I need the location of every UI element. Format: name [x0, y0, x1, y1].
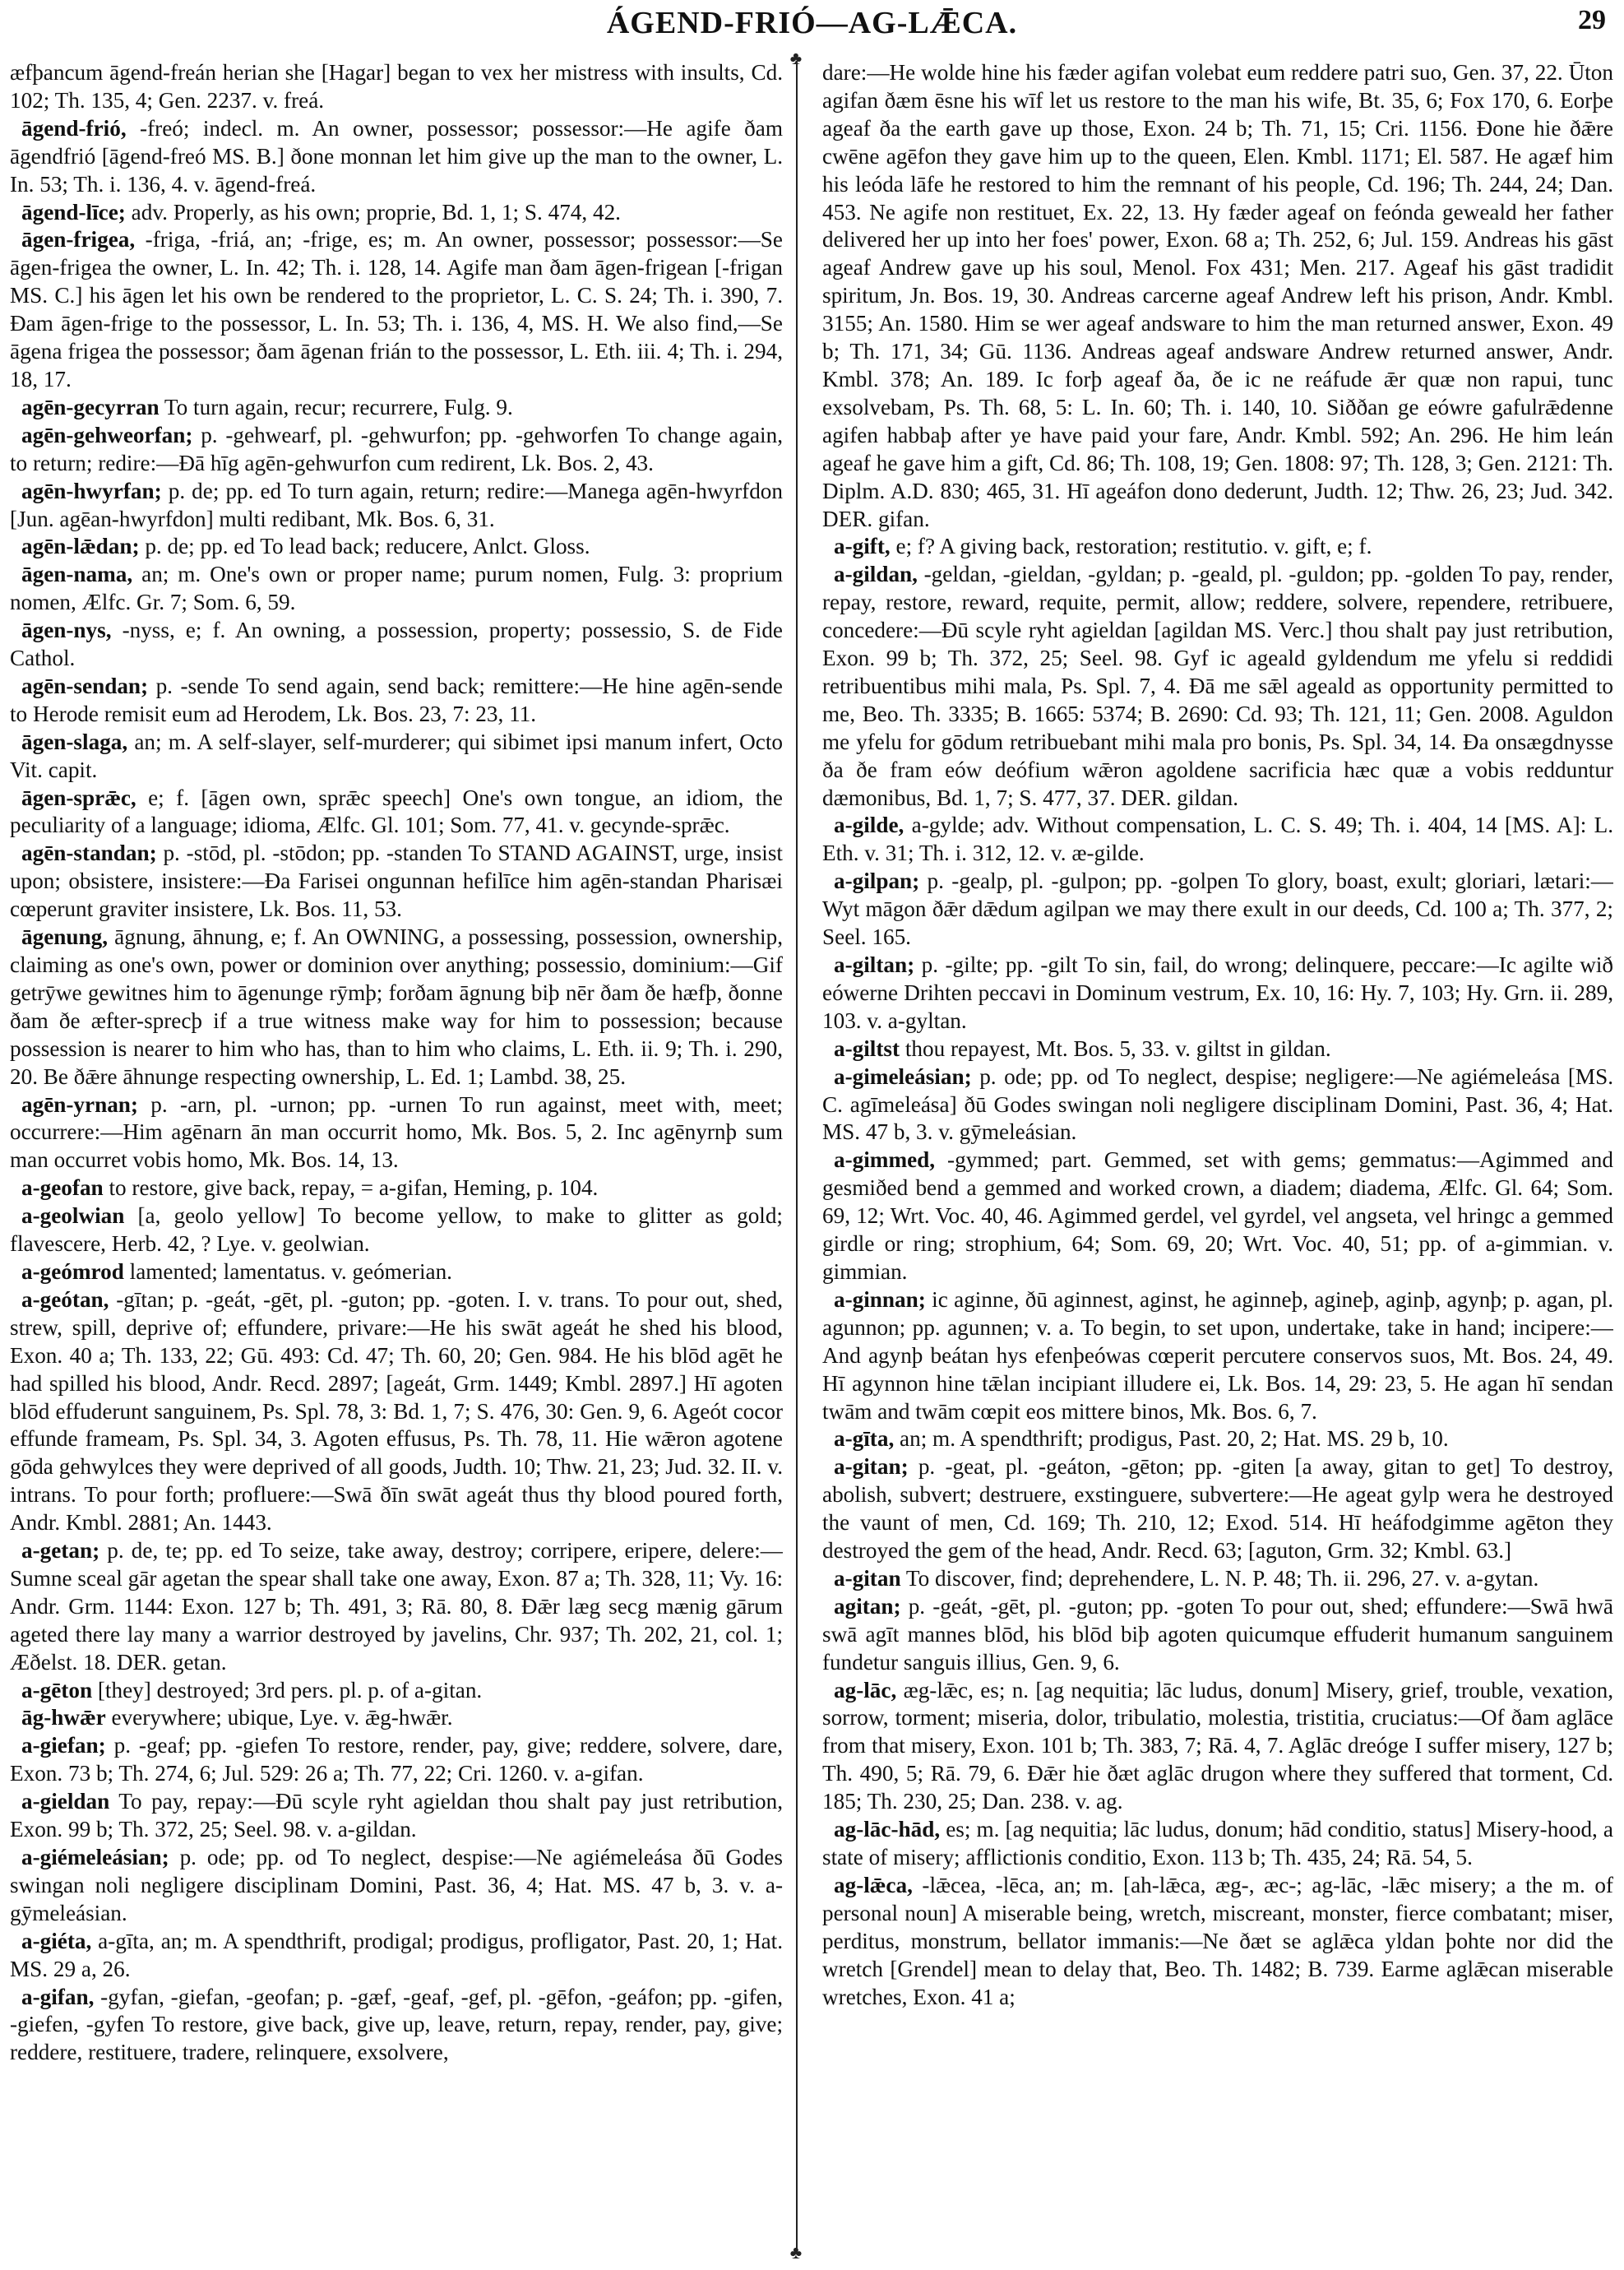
entry-definition: p. -geát, -gēt, pl. -guton; pp. -goten T…	[822, 1594, 1613, 1675]
left-column: æfþancum āgend-freán herian she [Hagar] …	[10, 59, 783, 2251]
entry-headword: āgend-frió,	[21, 116, 127, 141]
entry-definition: to restore, give back, repay, = a-gifan,…	[104, 1175, 599, 1200]
dictionary-entry: a-gilpan; p. -gealp, pl. -gulpon; pp. -g…	[822, 868, 1613, 952]
dictionary-entry: agēn-standan; p. -stōd, pl. -stōdon; pp.…	[10, 840, 783, 924]
entry-headword: agēn-gehweorfan;	[21, 423, 192, 447]
entry-definition: ic aginne, ðū aginnest, aginst, he aginn…	[822, 1287, 1613, 1424]
entry-definition: p. -gealp, pl. -gulpon; pp. -golpen To g…	[822, 869, 1613, 949]
dictionary-entry: a-giémeleásian; p. ode; pp. od To neglec…	[10, 1844, 783, 1928]
entry-headword: agēn-standan;	[21, 841, 157, 865]
ornament-bottom-icon: ♣	[787, 2244, 805, 2262]
entry-definition: e; f? A giving back, restoration; restit…	[891, 534, 1372, 558]
entry-headword: a-ginnan;	[834, 1287, 926, 1312]
dictionary-entry: dare:—He wolde hine his fæder agifan vol…	[822, 59, 1613, 533]
dictionary-entry: a-gift, e; f? A giving back, restoration…	[822, 533, 1613, 561]
entry-headword: a-giéta,	[21, 1929, 91, 1953]
entry-definition: thou repayest, Mt. Bos. 5, 33. v. giltst…	[900, 1036, 1331, 1061]
dictionary-entry: āg-hwǣr everywhere; ubique, Lye. v. ǣg-h…	[10, 1704, 783, 1732]
entry-definition: an; m. A spendthrift; prodigus, Past. 20…	[894, 1426, 1448, 1451]
entry-headword: agēn-lǣdan;	[21, 534, 140, 558]
dictionary-entry: a-gitan To discover, find; deprehendere,…	[822, 1565, 1613, 1593]
entry-headword: agēn-gecyrran	[21, 395, 160, 419]
dictionary-entry: agēn-hwyrfan; p. de; pp. ed To turn agai…	[10, 478, 783, 534]
entry-headword: a-gitan	[834, 1566, 901, 1591]
right-column: dare:—He wolde hine his fæder agifan vol…	[822, 59, 1613, 2251]
dictionary-entry: agēn-lǣdan; p. de; pp. ed To lead back; …	[10, 533, 783, 561]
entry-definition: -gītan; p. -geát, -gēt, pl. -guton; pp. …	[10, 1287, 783, 1535]
dictionary-entry: agitan; p. -geát, -gēt, pl. -guton; pp. …	[822, 1593, 1613, 1677]
entry-headword: ag-lāc-hād,	[834, 1817, 940, 1841]
entry-definition: everywhere; ubique, Lye. v. ǣg-hwǣr.	[106, 1705, 453, 1730]
entry-headword: āg-hwǣr	[21, 1705, 106, 1730]
dictionary-entry: a-getan; p. de, te; pp. ed To seize, tak…	[10, 1537, 783, 1677]
entry-headword: a-gift,	[834, 534, 891, 558]
dictionary-entry: a-gieldan To pay, repay:—Ðū scyle ryht a…	[10, 1788, 783, 1844]
entry-headword: āgenung,	[21, 924, 108, 949]
dictionary-entry: a-geótan, -gītan; p. -geát, -gēt, pl. -g…	[10, 1286, 783, 1537]
dictionary-entry: æfþancum āgend-freán herian she [Hagar] …	[10, 59, 783, 115]
dictionary-entry: a-giefan; p. -geaf; pp. -giefen To resto…	[10, 1732, 783, 1788]
entry-definition: a-gylde; adv. Without compensation, L. C…	[822, 813, 1613, 865]
entry-headword: agēn-sendan;	[21, 674, 148, 698]
entry-definition: p. -geaf; pp. -giefen To restore, render…	[10, 1733, 783, 1786]
page-header: ÁGEND-FRIÓ—AG-LǢCA. 29	[0, 0, 1624, 39]
column-divider	[796, 61, 798, 2249]
entry-headword: a-geótan,	[21, 1287, 109, 1312]
entry-definition: p. -gilte; pp. -gilt To sin, fail, do wr…	[822, 952, 1613, 1033]
dictionary-entry: a-geolwian [a, geolo yellow] To become y…	[10, 1202, 783, 1258]
entry-definition: p. -geat, pl. -geáton, -gēton; pp. -gite…	[822, 1454, 1613, 1563]
entry-headword: a-gilpan;	[834, 869, 919, 893]
entry-headword: ag-lǣca,	[834, 1873, 913, 1897]
dictionary-entry: a-gēton [they] destroyed; 3rd pers. pl. …	[10, 1677, 783, 1705]
dictionary-entry: a-geómrod lamented; lamentatus. v. geóme…	[10, 1258, 783, 1286]
entry-headword: a-giémeleásian;	[21, 1845, 169, 1869]
entry-headword: āgen-sprǣc,	[21, 785, 136, 810]
dictionary-entry: āgen-slaga, an; m. A self-slayer, self-m…	[10, 729, 783, 785]
entry-headword: āgend-līce;	[21, 200, 126, 225]
dictionary-entry: agēn-sendan; p. -sende To send again, se…	[10, 673, 783, 729]
entry-definition: -nyss, e; f. An owning, a possession, pr…	[10, 618, 783, 670]
entry-headword: a-gīta,	[834, 1426, 894, 1451]
entry-definition: -gyfan, -giefan, -geofan; p. -gæf, -geaf…	[10, 1985, 783, 2065]
entry-definition: æg-lǣc, es; n. [ag nequitia; lāc ludus, …	[822, 1678, 1613, 1814]
entry-definition: To discover, find; deprehendere, L. N. P…	[901, 1566, 1539, 1591]
entry-headword: agitan;	[834, 1594, 901, 1619]
dictionary-entry: a-ginnan; ic aginne, ðū aginnest, aginst…	[822, 1286, 1613, 1426]
entry-headword: a-gimeleásian;	[834, 1064, 972, 1089]
dictionary-entry: agēn-gehweorfan; p. -gehwearf, pl. -gehw…	[10, 422, 783, 478]
page-number: 29	[1578, 5, 1606, 36]
dictionary-entry: a-giltan; p. -gilte; pp. -gilt To sin, f…	[822, 952, 1613, 1035]
entry-headword: agēn-hwyrfan;	[21, 479, 162, 503]
entry-headword: a-geofan	[21, 1175, 104, 1200]
entry-headword: a-geolwian	[21, 1203, 124, 1228]
entry-definition: æfþancum āgend-freán herian she [Hagar] …	[10, 60, 783, 113]
entry-definition: [they] destroyed; 3rd pers. pl. p. of a-…	[92, 1678, 482, 1702]
entry-definition: a-gīta, an; m. A spendthrift, prodigal; …	[10, 1929, 783, 1981]
dictionary-entry: agēn-gecyrran To turn again, recur; recu…	[10, 394, 783, 422]
entry-headword: a-gēton	[21, 1678, 92, 1702]
entry-definition: To pay, repay:—Ðū scyle ryht agieldan th…	[10, 1789, 783, 1841]
entry-definition: adv. Properly, as his own; proprie, Bd. …	[126, 200, 621, 225]
entry-headword: a-gieldan	[21, 1789, 109, 1814]
dictionary-entry: āgen-nama, an; m. One's own or proper na…	[10, 561, 783, 617]
entry-definition: -lǣcea, -lēca, an; m. [ah-lǣca, æg-, æc-…	[822, 1873, 1613, 2009]
dictionary-entry: ag-lāc-hād, es; m. [ag nequitia; lāc lud…	[822, 1816, 1613, 1872]
entry-definition: āgnung, āhnung, e; f. An OWNING, a posse…	[10, 924, 783, 1089]
dictionary-entry: a-giltst thou repayest, Mt. Bos. 5, 33. …	[822, 1035, 1613, 1063]
dictionary-entry: āgen-sprǣc, e; f. [āgen own, sprǣc speec…	[10, 785, 783, 841]
entry-headword: agēn-yrnan;	[21, 1092, 138, 1117]
entry-definition: p. de; pp. ed To lead back; reducere, An…	[140, 534, 590, 558]
entry-headword: a-giltst	[834, 1036, 900, 1061]
entry-headword: a-gifan,	[21, 1985, 94, 2009]
entry-definition: To turn again, recur; recurrere, Fulg. 9…	[160, 395, 513, 419]
entry-headword: a-gitan;	[834, 1454, 909, 1479]
ornament-top-icon: ♣	[787, 49, 805, 67]
dictionary-entry: a-gildan, -geldan, -gieldan, -gyldan; p.…	[822, 561, 1613, 812]
dictionary-entry: a-gimeleásian; p. ode; pp. od To neglect…	[822, 1063, 1613, 1147]
entry-headword: āgen-frigea,	[21, 227, 135, 252]
entry-definition: -gymmed; part. Gemmed, set with gems; ge…	[822, 1147, 1613, 1284]
entry-headword: a-getan;	[21, 1538, 99, 1563]
entry-headword: a-gildan,	[834, 562, 918, 586]
entry-definition: -geldan, -gieldan, -gyldan; p. -geald, p…	[822, 562, 1613, 809]
dictionary-entry: āgend-frió, -freó; indecl. m. An owner, …	[10, 115, 783, 199]
dictionary-entry: āgenung, āgnung, āhnung, e; f. An OWNING…	[10, 924, 783, 1091]
dictionary-entry: āgen-nys, -nyss, e; f. An owning, a poss…	[10, 617, 783, 673]
dictionary-entry: a-gilde, a-gylde; adv. Without compensat…	[822, 812, 1613, 868]
running-title: ÁGEND-FRIÓ—AG-LǢCA.	[0, 5, 1624, 41]
dictionary-entry: ag-lǣca, -lǣcea, -lēca, an; m. [ah-lǣca,…	[822, 1872, 1613, 2012]
entry-headword: a-gimmed,	[834, 1147, 935, 1172]
dictionary-entry: āgen-frigea, -friga, -friá, an; -frige, …	[10, 226, 783, 393]
entry-headword: a-gilde,	[834, 813, 904, 837]
dictionary-entry: a-gifan, -gyfan, -giefan, -geofan; p. -g…	[10, 1984, 783, 2068]
entry-headword: āgen-slaga,	[21, 730, 127, 754]
entry-headword: ag-lāc,	[834, 1678, 896, 1702]
dictionary-entry: agēn-yrnan; p. -arn, pl. -urnon; pp. -ur…	[10, 1091, 783, 1175]
entry-definition: lamented; lamentatus. v. geómerian.	[124, 1259, 452, 1284]
entry-headword: āgen-nama,	[21, 562, 132, 586]
entry-definition: -freó; indecl. m. An owner, possessor; p…	[10, 116, 783, 197]
entry-definition: [a, geolo yellow] To become yellow, to m…	[10, 1203, 783, 1256]
dictionary-entry: a-gimmed, -gymmed; part. Gemmed, set wit…	[822, 1147, 1613, 1286]
entry-headword: a-giltan;	[834, 952, 914, 977]
entry-headword: a-geómrod	[21, 1259, 124, 1284]
entry-headword: a-giefan;	[21, 1733, 106, 1758]
entry-definition: p. de, te; pp. ed To seize, take away, d…	[10, 1538, 783, 1675]
entry-headword: āgen-nys,	[21, 618, 112, 642]
entry-definition: es; m. [ag nequitia; lāc ludus, donum; h…	[822, 1817, 1613, 1869]
dictionary-entry: ag-lāc, æg-lǣc, es; n. [ag nequitia; lāc…	[822, 1677, 1613, 1817]
dictionary-entry: a-gitan; p. -geat, pl. -geáton, -gēton; …	[822, 1453, 1613, 1565]
entry-definition: dare:—He wolde hine his fæder agifan vol…	[822, 60, 1613, 531]
dictionary-entry: a-gīta, an; m. A spendthrift; prodigus, …	[822, 1425, 1613, 1453]
dictionary-entry: a-giéta, a-gīta, an; m. A spendthrift, p…	[10, 1928, 783, 1984]
dictionary-entry: a-geofan to restore, give back, repay, =…	[10, 1174, 783, 1202]
dictionary-entry: āgend-līce; adv. Properly, as his own; p…	[10, 199, 783, 227]
